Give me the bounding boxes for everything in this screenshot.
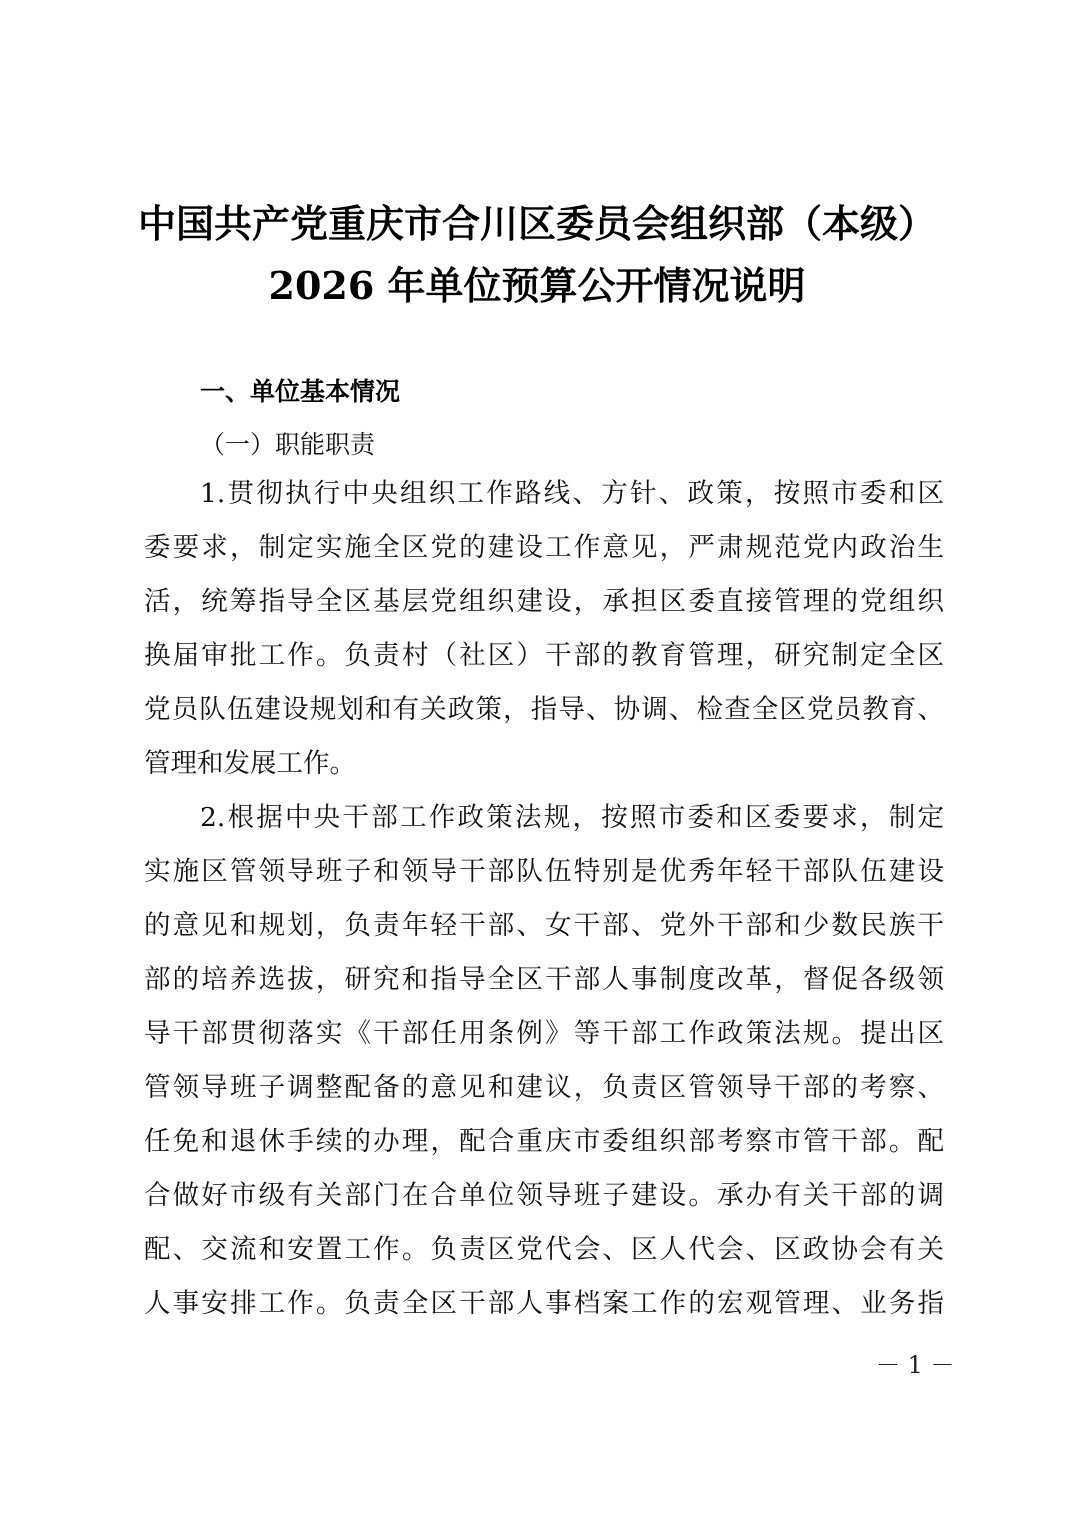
paragraph-2-line-7: 任免和退休手续的办理，配合重庆市委组织部考察市管干部。配	[144, 1122, 944, 1162]
paragraph-1-line-5: 党员队伍建设规划和有关政策，指导、协调、检查全区党员教育、	[144, 690, 944, 730]
paragraph-2-line-4: 部的培养选拔，研究和指导全区干部人事制度改革，督促各级领	[144, 960, 944, 1000]
paragraph-1-line-3: 活，统筹指导全区基层党组织建设，承担区委直接管理的党组织	[144, 582, 944, 622]
document-title-line-1: 中国共产党重庆市合川区委员会组织部（本级）	[0, 200, 1074, 248]
paragraph-1-line-2: 委要求，制定实施全区党的建设工作意见，严肃规范党内政治生	[144, 528, 944, 568]
paragraph-1-line-1: 1.贯彻执行中央组织工作路线、方针、政策，按照市委和区	[200, 474, 944, 514]
section-heading: 一、单位基本情况	[200, 372, 400, 412]
subsection-heading: （一）职能职责	[200, 425, 375, 465]
paragraph-1-line-6: 管理和发展工作。	[144, 744, 944, 784]
paragraph-2-line-5: 导干部贯彻落实《干部任用条例》等干部工作政策法规。提出区	[144, 1014, 944, 1054]
paragraph-2-line-9: 配、交流和安置工作。负责区党代会、区人代会、区政协会有关	[144, 1230, 944, 1270]
paragraph-2-line-10: 人事安排工作。负责全区干部人事档案工作的宏观管理、业务指	[144, 1284, 944, 1324]
paragraph-2-line-1: 2.根据中央干部工作政策法规，按照市委和区委要求，制定	[200, 798, 944, 838]
document-title-line-2: 2026 年单位预算公开情况说明	[0, 262, 1074, 310]
paragraph-1-line-4: 换届审批工作。负责村（社区）干部的教育管理，研究制定全区	[144, 636, 944, 676]
paragraph-2-line-8: 合做好市级有关部门在合单位领导班子建设。承办有关干部的调	[144, 1176, 944, 1216]
paragraph-2-line-6: 管领导班子调整配备的意见和建议，负责区管领导干部的考察、	[144, 1068, 944, 1108]
paragraph-2-line-3: 的意见和规划，负责年轻干部、女干部、党外干部和少数民族干	[144, 906, 944, 946]
paragraph-2-line-2: 实施区管领导班子和领导干部队伍特别是优秀年轻干部队伍建设	[144, 852, 944, 892]
document-page: 中国共产党重庆市合川区委员会组织部（本级） 2026 年单位预算公开情况说明 一…	[0, 0, 1074, 1520]
page-number: － 1 －	[876, 1350, 955, 1380]
